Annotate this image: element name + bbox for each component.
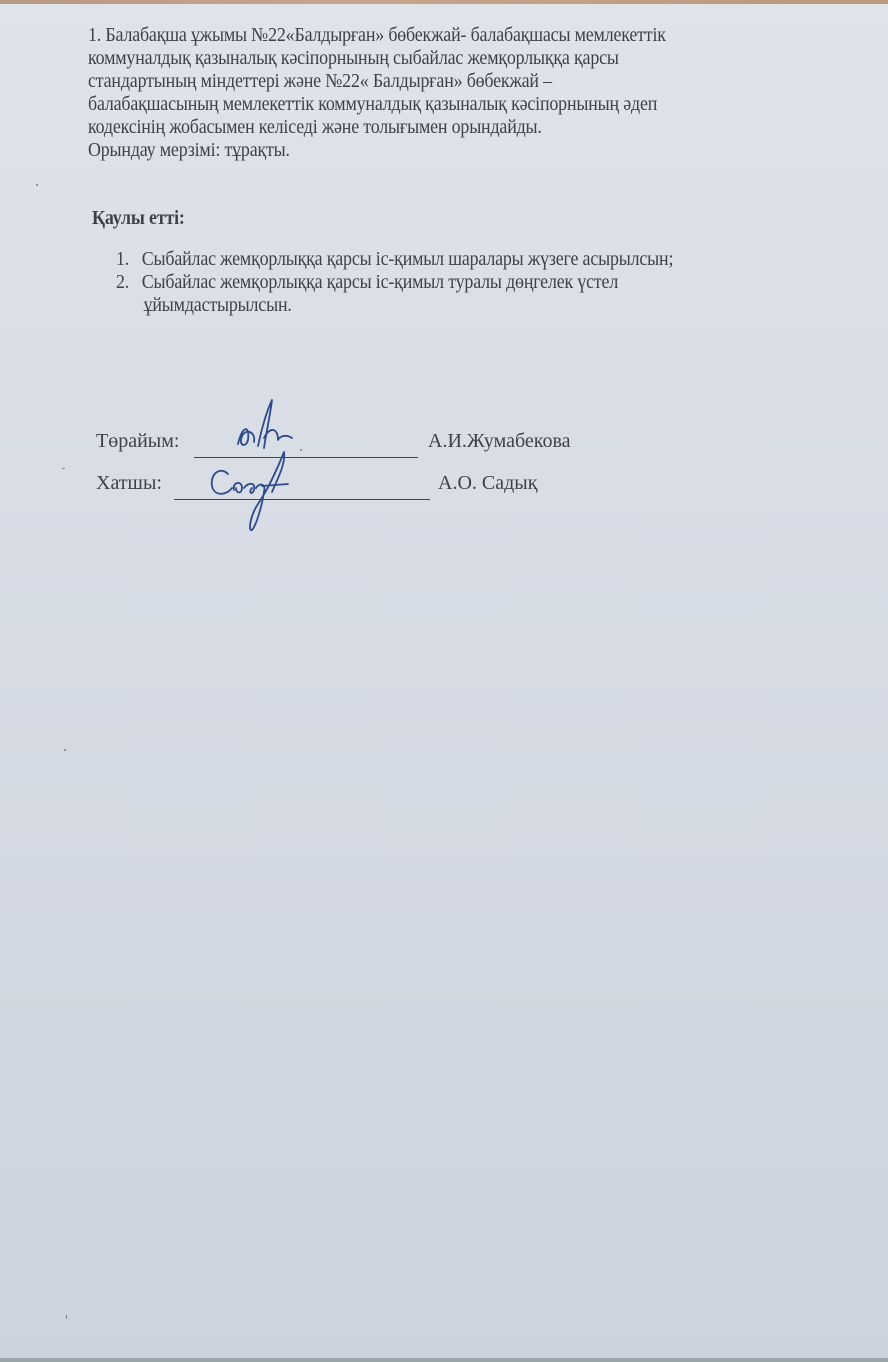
item-text: Сыбайлас жемқорлыққа қарсы іс-қимыл тура… <box>142 272 618 293</box>
resolution-heading: Қаулы етті: <box>92 207 185 230</box>
secretary-signature-row: Хатшы: А.О. Садық <box>96 472 616 502</box>
paper-speck <box>64 749 66 751</box>
paper-speck <box>62 468 65 469</box>
item-text-continued: ұйымдастырылсын. <box>116 294 673 317</box>
intro-paragraph: 1. Балабақша ұжымы №22«Балдырған» бөбекж… <box>88 24 666 162</box>
secretary-name: А.О. Садық <box>438 472 537 495</box>
chair-signature-row: Төрайым: А.И.Жумабекова <box>96 430 616 460</box>
paper-speck <box>36 184 38 186</box>
paragraph-line: коммуналдық қазыналық кәсіпорнының сыбай… <box>88 47 666 70</box>
item-number: 1. <box>116 248 142 271</box>
paragraph-line: 1. Балабақша ұжымы №22«Балдырған» бөбекж… <box>88 24 666 47</box>
page-bottom-edge <box>0 1358 888 1362</box>
resolution-item-2: 2.Сыбайлас жемқорлыққа қарсы іс-қимыл ту… <box>116 271 673 317</box>
secretary-label: Хатшы: <box>96 472 162 495</box>
paragraph-line: балабақшасының мемлекеттік коммуналдық қ… <box>88 93 666 116</box>
item-text: Сыбайлас жемқорлыққа қарсы іс-қимыл шара… <box>142 249 674 270</box>
secretary-handwritten-signature <box>206 446 306 536</box>
item-number: 2. <box>116 271 142 294</box>
paragraph-line: стандартының міндеттері және №22« Балдыр… <box>88 70 666 93</box>
paper-speck <box>66 1315 67 1319</box>
paragraph-line: кодексінің жобасымен келіседі және толығ… <box>88 116 666 139</box>
deadline-line: Орындау мерзімі: тұрақты. <box>88 139 666 162</box>
resolution-list: 1.Сыбайлас жемқорлыққа қарсы іс-қимыл ша… <box>116 248 673 317</box>
document-page: 1. Балабақша ұжымы №22«Балдырған» бөбекж… <box>0 4 888 1358</box>
resolution-item-1: 1.Сыбайлас жемқорлыққа қарсы іс-қимыл ша… <box>116 248 673 271</box>
chair-label: Төрайым: <box>96 430 179 453</box>
chair-name: А.И.Жумабекова <box>428 430 571 453</box>
